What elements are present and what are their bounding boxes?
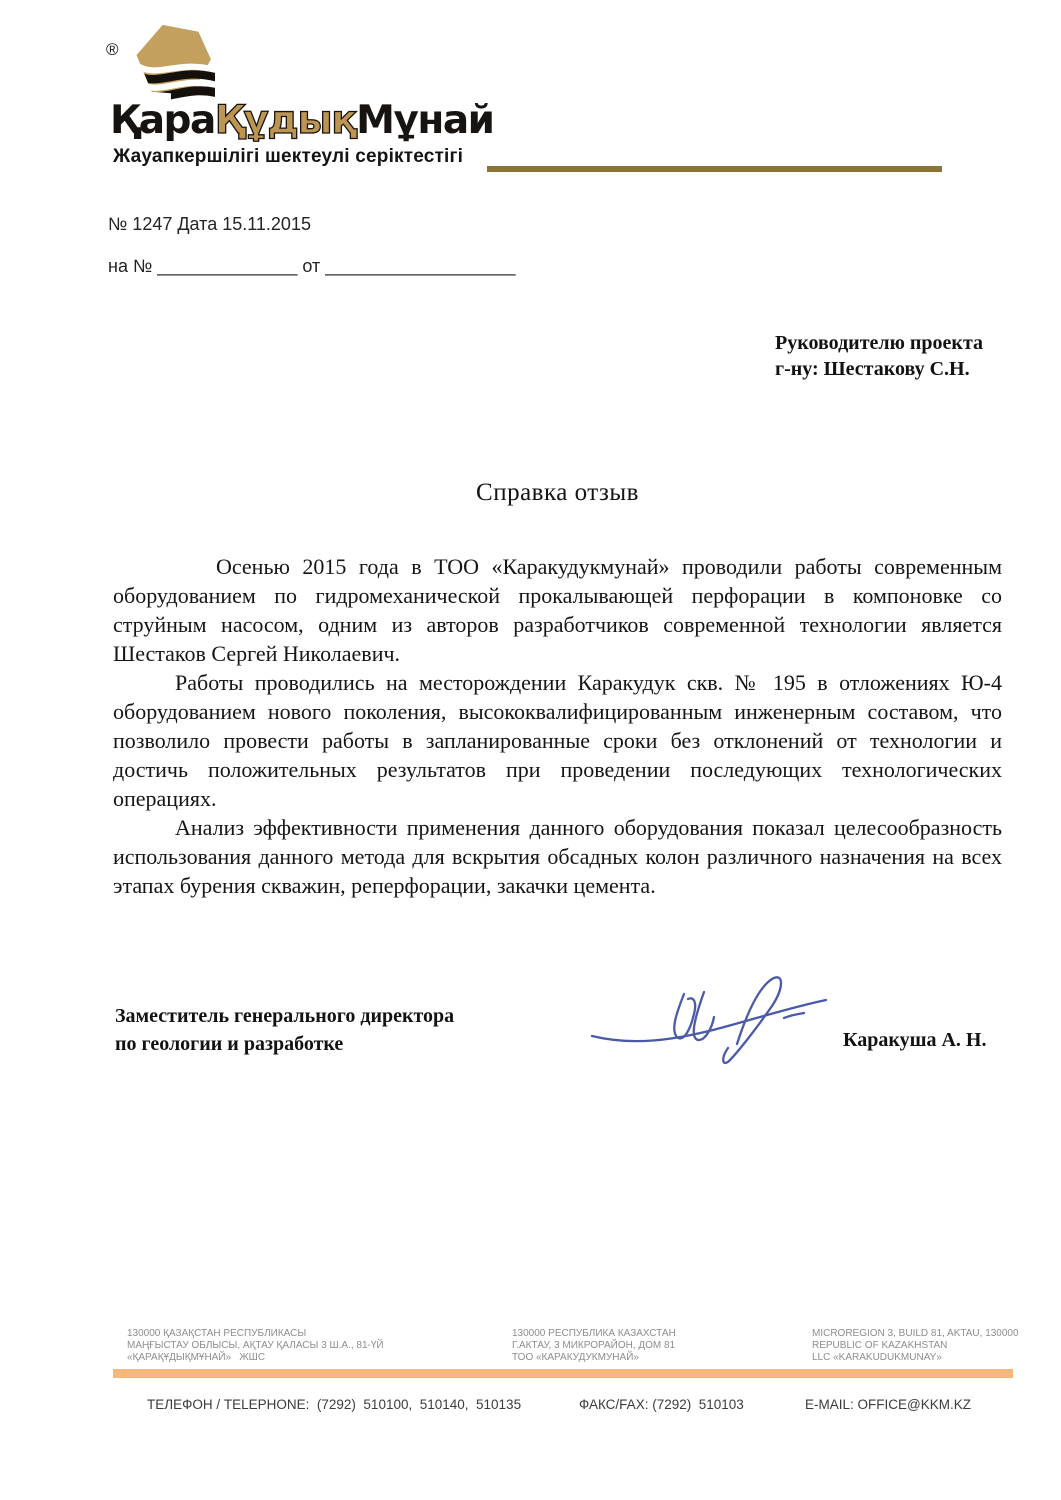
paragraph-3: Анализ эффективности применения данного … xyxy=(113,813,1002,900)
footer-email: E-MAIL: OFFICE@KKM.KZ xyxy=(805,1397,971,1412)
reference-blank-line: на № ______________ от _________________… xyxy=(108,256,515,277)
signer-position: Заместитель генерального директора по ге… xyxy=(115,1002,454,1058)
company-wordmark: ҚараҚұдықМұнай xyxy=(110,98,494,143)
signer-name: Каракуша А. Н. xyxy=(843,1029,987,1052)
handwritten-signature xyxy=(588,972,833,1075)
footer-address-line: Г.АКТАУ, 3 МИКРОРАЙОН, ДОМ 81 xyxy=(512,1340,676,1352)
letter-body: Осенью 2015 года в ТОО «Каракудукмунай» … xyxy=(113,552,1002,900)
wordmark-part-munai: Мұнай xyxy=(356,98,493,143)
document-title: Справка отзыв xyxy=(113,479,1002,507)
footer-address-line: 130000 РЕСПУБЛИКА КАЗАХСТАН xyxy=(512,1328,676,1340)
footer-address-russian: 130000 РЕСПУБЛИКА КАЗАХСТАН Г.АКТАУ, 3 М… xyxy=(512,1328,676,1364)
footer-divider-bar xyxy=(113,1369,1013,1378)
footer-address-line: «ҚАРАҚҰДЫҚМҰНАЙ» ЖШС xyxy=(127,1352,384,1364)
footer-address-line: REPUBLIC OF KAZAKHSTAN xyxy=(812,1340,1019,1352)
footer-address-line: 130000 ҚАЗАҚСТАН РЕСПУБЛИКАСЫ xyxy=(127,1328,384,1340)
footer-address-line: МАҢҒЫСТАУ ОБЛЫСЫ, АҚТАУ ҚАЛАСЫ 3 Ш.А., 8… xyxy=(127,1340,384,1352)
wordmark-part-kara: Қара xyxy=(110,98,215,143)
footer-address-english: MICROREGION 3, BUILD 81, AKTAU, 130000 R… xyxy=(812,1328,1019,1364)
footer-address-line: MICROREGION 3, BUILD 81, AKTAU, 130000 xyxy=(812,1328,1019,1340)
recipient-line2: г-ну: Шестакову С.Н. xyxy=(775,356,983,382)
letterhead-divider xyxy=(487,166,942,172)
company-tagline: Жауапкершілігі шектеулі серіктестігі xyxy=(113,146,463,168)
footer-fax: ФАКС/FAX: (7292) 510103 xyxy=(579,1397,744,1412)
paragraph-2: Работы проводились на месторождении Кара… xyxy=(113,668,1002,813)
document-number-line: № 1247 Дата 15.11.2015 xyxy=(108,214,311,235)
footer-address-line: LLC «KARAKUDUKMUNAY» xyxy=(812,1352,1019,1364)
registered-trademark-icon: ® xyxy=(106,40,119,60)
recipient-block: Руководителю проекта г-ну: Шестакову С.Н… xyxy=(775,330,983,382)
signer-position-line2: по геологии и разработке xyxy=(115,1030,454,1058)
paragraph-1: Осенью 2015 года в ТОО «Каракудукмунай» … xyxy=(113,552,1002,668)
letter-page: ® ҚараҚұдықМұнай Жауапкершілігі шектеулі… xyxy=(0,0,1061,1500)
signer-position-line1: Заместитель генерального директора xyxy=(115,1002,454,1030)
recipient-line1: Руководителю проекта xyxy=(775,330,983,356)
wordmark-part-kudyk: Құдық xyxy=(215,98,356,143)
footer-address-kazakh: 130000 ҚАЗАҚСТАН РЕСПУБЛИКАСЫ МАҢҒЫСТАУ … xyxy=(127,1328,384,1364)
footer-address-line: ТОО «КАРАКУДУКМУНАЙ» xyxy=(512,1352,676,1364)
footer-phone: ТЕЛЕФОН / TELEPHONE: (7292) 510100, 5101… xyxy=(147,1397,521,1412)
